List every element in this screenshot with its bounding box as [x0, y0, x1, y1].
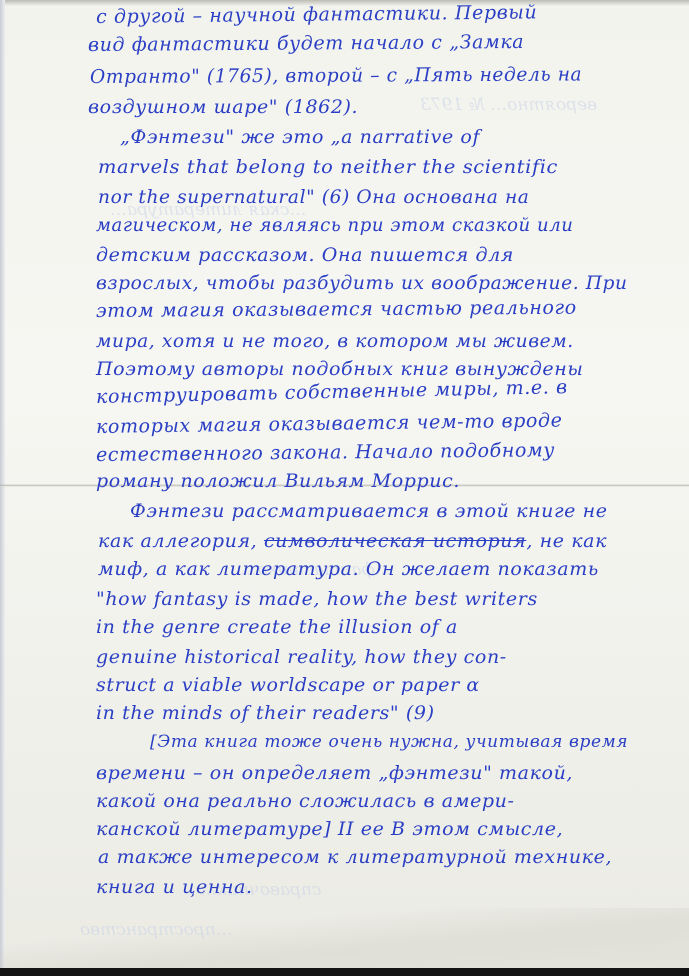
handwritten-line: nor the supernatural" (6) Она основана н… — [98, 186, 529, 208]
handwritten-line: конструировать собственные миры, т.е. в — [96, 376, 568, 408]
handwritten-line: мира, хотя и не того, в котором мы живем… — [96, 330, 574, 352]
handwritten-line: книга и ценна. — [96, 876, 253, 898]
handwritten-line: какой она реально сложилась в амери- — [96, 790, 515, 812]
handwritten-line: как аллегория, символическая история, не… — [98, 530, 607, 552]
handwritten-line: marvels that belong to neither the scien… — [98, 156, 558, 178]
handwritten-line: канской литературе] II ее В этом смысле, — [96, 818, 563, 840]
line-text: как аллегория, символическая история, не… — [98, 530, 607, 552]
handwritten-line: struct a viable worldscape or paper α — [96, 674, 480, 696]
handwritten-line: воздушном шаре" (1862). — [88, 96, 358, 118]
handwritten-line: которых магия оказывается чем-то вроде — [96, 409, 563, 438]
handwritten-line: естественного закона. Начало подобному — [96, 439, 555, 466]
scan-bottom-border — [0, 968, 689, 976]
handwritten-line: а также интересом к литературной технике… — [98, 846, 612, 868]
handwritten-line: Отранто" (1765), второй – с „Пять недель… — [90, 63, 582, 88]
handwritten-line: миф, а как литература. Он желает показат… — [98, 558, 599, 580]
handwritten-line: [Эта книга тоже очень нужна, учитывая вр… — [150, 732, 628, 752]
handwritten-line: in the genre create the illusion of a — [96, 616, 458, 638]
handwritten-line: роману положил Вильям Моррис. — [96, 470, 460, 492]
handwritten-line: времени – он определяет „фэнтези" такой, — [96, 762, 573, 784]
handwritten-line: вид фантастики будет начало с „Замка — [88, 31, 524, 56]
handwritten-line: магическом, не являясь при этом сказкой … — [96, 214, 574, 236]
struck-text: символическая история — [264, 530, 526, 552]
handwritten-line: „Фэнтези" же это „a narrative of — [120, 126, 480, 148]
scanned-page: вероятно… № 1973 …ская литература… …фант… — [0, 0, 689, 968]
handwritten-line: этом магия оказывается частью реального — [96, 297, 577, 322]
handwritten-line: Фэнтези рассматривается в этой книге не — [130, 500, 608, 522]
handwritten-line: genuine historical reality, how they con… — [96, 646, 507, 668]
handwritten-line: взрослых, чтобы разбудить их воображение… — [96, 272, 628, 294]
handwritten-line: с другой – научной фантастики. Первый — [96, 1, 537, 28]
handwritten-line: in the minds of their readers" (9) — [96, 702, 435, 724]
handwritten-line: детским рассказом. Она пишется для — [96, 244, 514, 266]
bleed-through-text: вероятно… № 1973 — [420, 95, 597, 115]
paper-crumple — [0, 908, 689, 968]
handwritten-line: "how fantasy is made, how the best write… — [96, 588, 538, 610]
